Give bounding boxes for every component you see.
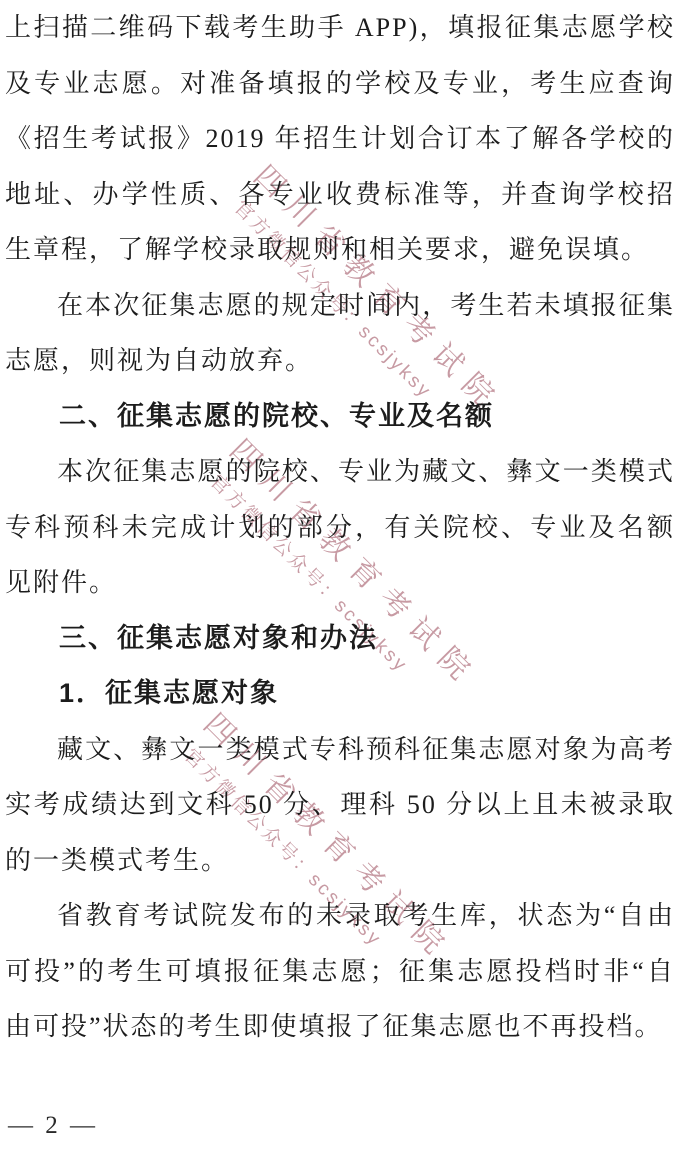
paragraph: 藏文、彝文一类模式专科预科征集志愿对象为高考实考成绩达到文科 50 分、理科 5… [5,722,675,889]
paragraph: 本次征集志愿的院校、专业为藏文、彝文一类模式专科预科未完成计划的部分，有关院校、… [5,444,675,611]
sub-heading-1: 1．征集志愿对象 [5,666,675,722]
paragraph: 省教育考试院发布的未录取考生库，状态为“自由可投”的考生可填报征集志愿；征集志愿… [5,888,675,1055]
paragraph-continuation: 上扫描二维码下载考生助手 APP)，填报征集志愿学校及专业志愿。对准备填报的学校… [5,0,675,278]
paragraph: 在本次征集志愿的规定时间内，考生若未填报征集志愿，则视为自动放弃。 [5,278,675,389]
document-page: 四川省教育考试院 官方微信公众号：scsjyksy 四川省教育考试院 官方微信公… [0,0,680,1152]
page-number: — 2 — [8,1112,98,1140]
section-heading-2: 二、征集志愿的院校、专业及名额 [5,389,675,445]
section-heading-3: 三、征集志愿对象和办法 [5,611,675,667]
document-body: 上扫描二维码下载考生助手 APP)，填报征集志愿学校及专业志愿。对准备填报的学校… [5,0,675,1055]
